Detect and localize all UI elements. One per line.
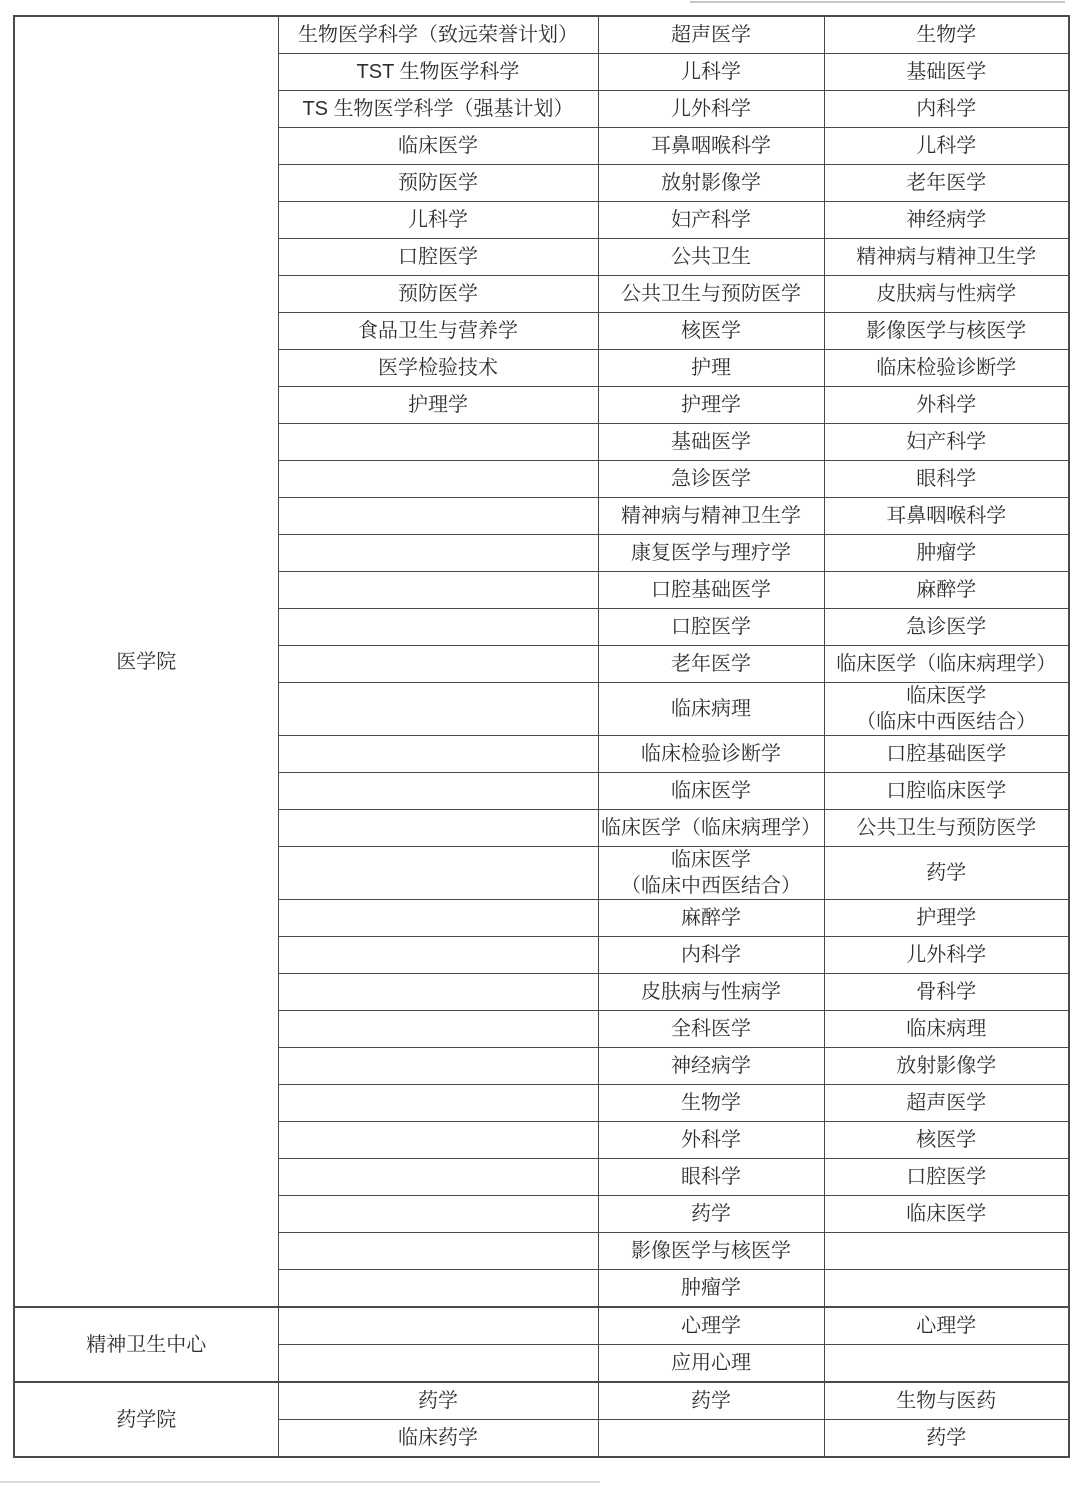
table-cell	[278, 736, 598, 773]
table-cell: 超声医学	[824, 1085, 1069, 1122]
table-cell: 外科学	[598, 1122, 824, 1159]
table-cell: 放射影像学	[598, 165, 824, 202]
table-section: 精神卫生中心心理学心理学应用心理	[14, 1307, 1069, 1382]
table-cell: 肿瘤学	[824, 535, 1069, 572]
table-cell: 骨科学	[824, 974, 1069, 1011]
table-cell: 核医学	[824, 1122, 1069, 1159]
table-cell	[278, 1233, 598, 1270]
table-cell: 老年医学	[824, 165, 1069, 202]
table-cell: 儿科学	[598, 54, 824, 91]
document-page: 医学院生物医学科学（致远荣誉计划）超声医学生物学TST 生物医学科学儿科学基础医…	[0, 0, 1080, 1493]
table-cell: 精神病与精神卫生学	[598, 498, 824, 535]
table-cell	[278, 683, 598, 736]
table-cell: 生物学	[824, 16, 1069, 54]
table-cell: 老年医学	[598, 646, 824, 683]
table-cell: 超声医学	[598, 16, 824, 54]
table-cell: 急诊医学	[824, 609, 1069, 646]
table-cell: 口腔医学	[278, 239, 598, 276]
table-row: 药学院药学药学生物与医药	[14, 1382, 1069, 1420]
table-cell: 临床医学	[598, 773, 824, 810]
table-cell: 护理学	[278, 387, 598, 424]
table-cell: 护理	[598, 350, 824, 387]
table-cell	[278, 1345, 598, 1383]
table-cell: 口腔基础医学	[824, 736, 1069, 773]
table-cell: 肿瘤学	[598, 1270, 824, 1308]
table-cell	[278, 461, 598, 498]
table-cell: 耳鼻咽喉科学	[824, 498, 1069, 535]
table-cell	[824, 1270, 1069, 1308]
table-cell: 内科学	[598, 937, 824, 974]
table-cell: 临床检验诊断学	[824, 350, 1069, 387]
table-cell: 生物医学科学（致远荣誉计划）	[278, 16, 598, 54]
table-cell: TST 生物医学科学	[278, 54, 598, 91]
table-cell: 心理学	[598, 1307, 824, 1345]
table-cell: 皮肤病与性病学	[824, 276, 1069, 313]
table-cell	[278, 1159, 598, 1196]
table-cell: 应用心理	[598, 1345, 824, 1383]
table-cell: 临床病理	[824, 1011, 1069, 1048]
table-cell	[598, 1420, 824, 1458]
table-cell: 急诊医学	[598, 461, 824, 498]
table-cell: 全科医学	[598, 1011, 824, 1048]
table-cell: 预防医学	[278, 276, 598, 313]
table-cell: 妇产科学	[598, 202, 824, 239]
table-cell	[278, 1048, 598, 1085]
table-cell: 放射影像学	[824, 1048, 1069, 1085]
table-cell: 药学	[824, 847, 1069, 900]
table-cell	[278, 773, 598, 810]
table-cell: 眼科学	[824, 461, 1069, 498]
table-cell: 影像医学与核医学	[824, 313, 1069, 350]
table-cell: 临床医学（临床病理学）	[824, 646, 1069, 683]
table-cell: 内科学	[824, 91, 1069, 128]
table-cell: 生物与医药	[824, 1382, 1069, 1420]
table-cell	[278, 535, 598, 572]
table-cell	[278, 572, 598, 609]
table-cell: 耳鼻咽喉科学	[598, 128, 824, 165]
table-cell: 心理学	[824, 1307, 1069, 1345]
table-row: 医学院生物医学科学（致远荣誉计划）超声医学生物学	[14, 16, 1069, 54]
table-cell: 临床医学 （临床中西医结合）	[598, 847, 824, 900]
table-cell: 神经病学	[598, 1048, 824, 1085]
table-cell: 临床检验诊断学	[598, 736, 824, 773]
table-cell: 外科学	[824, 387, 1069, 424]
table-cell: 食品卫生与营养学	[278, 313, 598, 350]
table-cell	[278, 1085, 598, 1122]
table-cell: 临床医学	[278, 128, 598, 165]
cropped-top-border-line	[690, 1, 1065, 3]
table-cell: 儿科学	[824, 128, 1069, 165]
table-cell: 儿外科学	[824, 937, 1069, 974]
table-row: 精神卫生中心心理学心理学	[14, 1307, 1069, 1345]
table-cell: 口腔医学	[824, 1159, 1069, 1196]
table-cell: 临床药学	[278, 1420, 598, 1458]
table-cell: 药学	[824, 1420, 1069, 1458]
table-cell: 核医学	[598, 313, 824, 350]
table-cell: 预防医学	[278, 165, 598, 202]
table-cell: 生物学	[598, 1085, 824, 1122]
table-cell: 护理学	[824, 900, 1069, 937]
table-cell	[824, 1345, 1069, 1383]
table-cell: 神经病学	[824, 202, 1069, 239]
table-cell: 公共卫生与预防医学	[824, 810, 1069, 847]
table-section: 药学院药学药学生物与医药临床药学药学	[14, 1382, 1069, 1457]
table-cell: 影像医学与核医学	[598, 1233, 824, 1270]
table-cell	[278, 847, 598, 900]
table-cell: 妇产科学	[824, 424, 1069, 461]
table-cell	[278, 646, 598, 683]
table-cell: 临床医学（临床病理学）	[598, 810, 824, 847]
section-label-cell-1: 医学院	[14, 16, 278, 1307]
table-cell: 护理学	[598, 387, 824, 424]
table-cell: 医学检验技术	[278, 350, 598, 387]
table-cell	[278, 937, 598, 974]
table-cell: 临床医学	[824, 1196, 1069, 1233]
table-cell: 康复医学与理疗学	[598, 535, 824, 572]
table-cell: 口腔医学	[598, 609, 824, 646]
table-cell: 皮肤病与性病学	[598, 974, 824, 1011]
table-cell: TS 生物医学科学（强基计划）	[278, 91, 598, 128]
table-cell: 公共卫生	[598, 239, 824, 276]
table-cell: 药学	[598, 1196, 824, 1233]
table-cell: 麻醉学	[598, 900, 824, 937]
majors-table: 医学院生物医学科学（致远荣誉计划）超声医学生物学TST 生物医学科学儿科学基础医…	[13, 15, 1070, 1458]
table-cell	[278, 810, 598, 847]
cropped-bottom-border-line	[0, 1481, 600, 1483]
table-cell	[278, 900, 598, 937]
table-cell	[278, 498, 598, 535]
table-cell: 药学	[278, 1382, 598, 1420]
table-cell: 精神病与精神卫生学	[824, 239, 1069, 276]
table-cell: 儿外科学	[598, 91, 824, 128]
section-label-cell-3: 药学院	[14, 1382, 278, 1457]
table-cell	[278, 1307, 598, 1345]
table-cell: 口腔临床医学	[824, 773, 1069, 810]
table-cell: 儿科学	[278, 202, 598, 239]
table-cell	[278, 424, 598, 461]
table-cell	[278, 1011, 598, 1048]
table-cell: 临床医学 （临床中西医结合）	[824, 683, 1069, 736]
table-cell: 临床病理	[598, 683, 824, 736]
table-cell: 口腔基础医学	[598, 572, 824, 609]
table-cell: 眼科学	[598, 1159, 824, 1196]
table-cell: 基础医学	[824, 54, 1069, 91]
table-cell	[278, 1122, 598, 1159]
table-cell	[278, 609, 598, 646]
table-cell	[278, 1196, 598, 1233]
table-cell: 麻醉学	[824, 572, 1069, 609]
table-cell	[278, 1270, 598, 1308]
table-cell: 公共卫生与预防医学	[598, 276, 824, 313]
table-cell	[278, 974, 598, 1011]
table-cell: 药学	[598, 1382, 824, 1420]
table-cell: 基础医学	[598, 424, 824, 461]
table-section: 医学院生物医学科学（致远荣誉计划）超声医学生物学TST 生物医学科学儿科学基础医…	[14, 16, 1069, 1307]
section-label-cell-2: 精神卫生中心	[14, 1307, 278, 1382]
table-cell	[824, 1233, 1069, 1270]
